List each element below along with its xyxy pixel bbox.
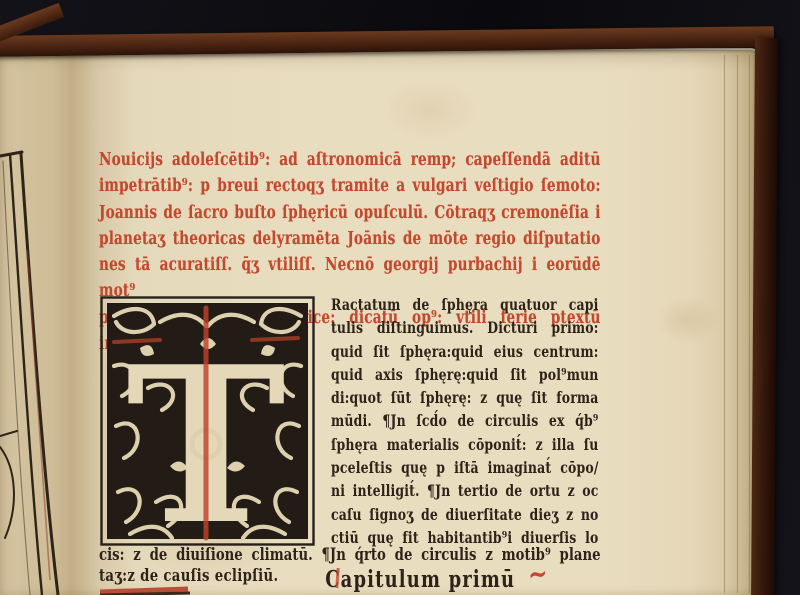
- rubric-line: impetrātib⁹: p breui rectoqʒ tramite a v…: [99, 173, 601, 199]
- text-line: pceleſtis quę p iſtā imaginat́ cōpo/: [331, 456, 599, 479]
- text-line: mūdi. ¶Jn ſcd́o de circulis ex q́b⁹: [331, 409, 599, 432]
- text-line: Ractatum de ſphęra quatuor capi: [331, 293, 599, 316]
- text-line: quid ſit ſphęra:quid eius centrum:: [331, 340, 599, 363]
- text-line-end: taʒ:z de cauſis eclipſiū.: [99, 566, 325, 586]
- text-line: ſphęra materialis cōponit́: z illa ſu: [331, 433, 599, 456]
- text-column: Ractatum de ſphęra quatuor capi tulis di…: [331, 293, 599, 549]
- chapter-heading: Capitulum primū: [325, 566, 515, 593]
- text-line: quid axis ſphęrę:quid ſit pol⁹mun: [331, 363, 599, 386]
- rubric-line: Joannis de ſacro buſto ſphęricū opuſculū…: [99, 200, 601, 226]
- rubric-line: planetaʒ theoricas delyramēta Joānis de …: [99, 226, 601, 252]
- chapter-heading-row: taʒ:z de cauſis eclipſiū. Capitulum prim…: [99, 566, 601, 594]
- gutter-rule-red: [27, 250, 50, 580]
- text-line: ni intelligit́. ¶Jn tertio de ortu z oc: [331, 479, 599, 502]
- text-line: tulis diſtinguimus. Dicturi primo:: [331, 316, 599, 339]
- text-line: di:quot ſūt ſphęrę: z quę ſit forma: [331, 386, 599, 409]
- woodcut-initial-block: T: [100, 296, 315, 546]
- book-cover-edge-right: [751, 38, 778, 595]
- text-line-full-width: cis: z de diuiſione climatū. ¶Jn q́rto d…: [99, 544, 601, 567]
- rubric-line: Nouicijs adoleſcētib⁹: ad aſtronomicā re…: [99, 147, 601, 173]
- text-line: caſu ſignoʒ de diuerſitate dieʒ z no: [331, 503, 599, 526]
- rubric-tilde-mark: ~: [527, 565, 548, 586]
- incunable-photograph: Nouicijs adoleſcētib⁹: ad aſtronomicā re…: [0, 0, 800, 595]
